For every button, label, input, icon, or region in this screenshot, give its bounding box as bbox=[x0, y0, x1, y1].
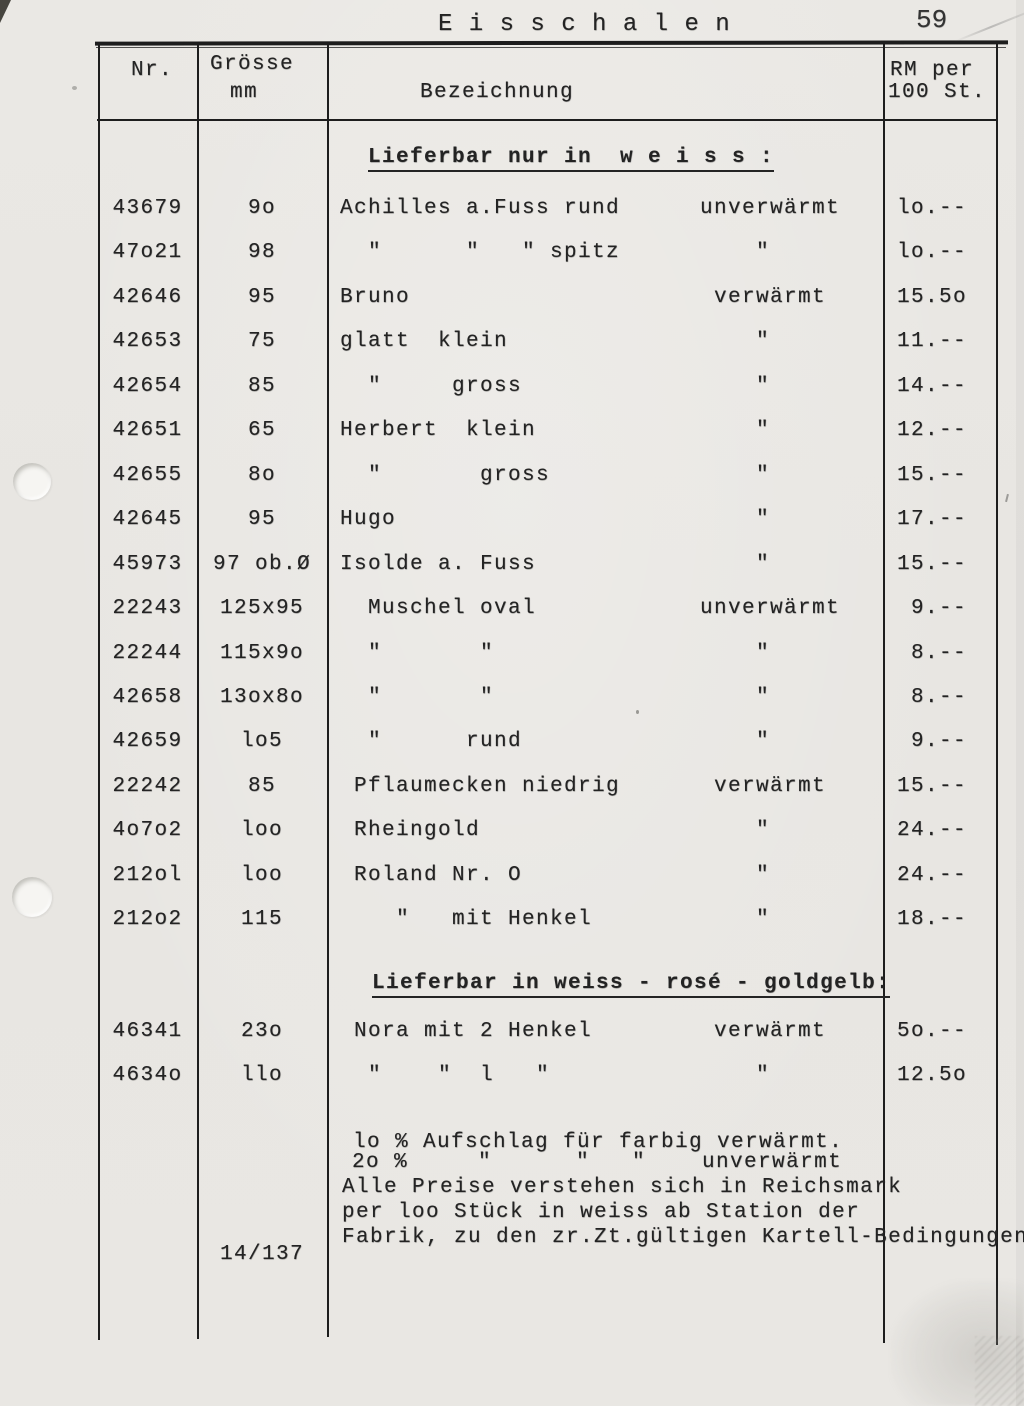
section-heading-white-rose-gold: Lieferbar in weiss - rosé - goldgelb: bbox=[372, 973, 890, 998]
price-cell: 11.-- bbox=[883, 331, 967, 352]
heat-cell: verwärmt bbox=[700, 287, 826, 308]
size-cell: 13ox8o bbox=[197, 687, 327, 708]
heat-cell: unverwärmt bbox=[700, 198, 840, 219]
column-header-size-unit: mm bbox=[230, 82, 258, 103]
table-row: 47o2198 " " " spitz "lo.-- bbox=[0, 242, 1024, 266]
heat-cell: " bbox=[700, 731, 770, 752]
table-row: 4264695Bruno verwärmt15.5o bbox=[0, 287, 1024, 311]
name-cell: Pflaumecken niedrig bbox=[340, 776, 620, 797]
size-cell: loo bbox=[197, 865, 327, 886]
table-row: 4264595Hugo "17.-- bbox=[0, 509, 1024, 533]
nr-cell: 22243 bbox=[98, 598, 197, 619]
heat-cell: " bbox=[700, 687, 770, 708]
page-title: E i s s c h a l e n bbox=[438, 13, 731, 37]
column-header-price-2: 100 St. bbox=[888, 82, 986, 103]
column-header-nr: Nr. bbox=[131, 60, 173, 81]
price-cell: 17.-- bbox=[883, 509, 967, 530]
nr-cell: 42659 bbox=[98, 731, 197, 752]
size-cell: 115 bbox=[197, 909, 327, 930]
document-page: E i s s c h a l e n 59 Nr. Grösse mm Bez… bbox=[0, 0, 1024, 1406]
size-cell: 75 bbox=[197, 331, 327, 352]
table-row: 22244115x9o " " "8.-- bbox=[0, 643, 1024, 667]
size-cell: 97 ob.Ø bbox=[197, 554, 327, 575]
size-cell: 23o bbox=[197, 1021, 327, 1042]
nr-cell: 212ol bbox=[98, 865, 197, 886]
price-cell: 24.-- bbox=[883, 820, 967, 841]
nr-cell: 4o7o2 bbox=[98, 820, 197, 841]
corner-mark bbox=[0, 0, 11, 23]
table-row: 212olloo Roland Nr. O "24.-- bbox=[0, 865, 1024, 889]
column-header-description: Bezeichnung bbox=[420, 82, 574, 103]
price-cell: 15.-- bbox=[883, 465, 967, 486]
size-cell: loo bbox=[197, 820, 327, 841]
heat-cell: " bbox=[700, 331, 770, 352]
note-line: per loo Stück in weiss ab Station der bbox=[342, 1202, 860, 1223]
size-cell: 65 bbox=[197, 420, 327, 441]
name-cell: Nora mit 2 Henkel bbox=[340, 1021, 592, 1042]
name-cell: " mit Henkel bbox=[340, 909, 592, 930]
nr-cell: 42658 bbox=[98, 687, 197, 708]
price-cell: 5o.-- bbox=[883, 1021, 967, 1042]
heat-cell: verwärmt bbox=[700, 1021, 826, 1042]
nr-cell: 212o2 bbox=[98, 909, 197, 930]
name-cell: Hugo bbox=[340, 509, 396, 530]
size-cell: 85 bbox=[197, 376, 327, 397]
table-row: 2224285 Pflaumecken niedrig verwärmt15.-… bbox=[0, 776, 1024, 800]
name-cell: " " bbox=[340, 687, 494, 708]
table-row: 4597397 ob.ØIsolde a. Fuss "15.-- bbox=[0, 554, 1024, 578]
nr-cell: 42655 bbox=[98, 465, 197, 486]
nr-cell: 22244 bbox=[98, 643, 197, 664]
size-cell: 125x95 bbox=[197, 598, 327, 619]
heat-cell: verwärmt bbox=[700, 776, 826, 797]
price-cell: 15.-- bbox=[883, 776, 967, 797]
price-cell: lo.-- bbox=[883, 242, 967, 263]
scan-edge-shadow bbox=[1016, 0, 1024, 1406]
heat-cell: " bbox=[700, 643, 770, 664]
name-cell: Herbert klein bbox=[340, 420, 536, 441]
price-cell: 9.-- bbox=[883, 598, 967, 619]
heat-cell: " bbox=[700, 376, 770, 397]
size-cell: 85 bbox=[197, 776, 327, 797]
size-cell: llo bbox=[197, 1065, 327, 1086]
nr-cell: 42654 bbox=[98, 376, 197, 397]
heat-cell: " bbox=[700, 465, 770, 486]
name-cell: Bruno bbox=[340, 287, 410, 308]
table-row: 4265165Herbert klein "12.-- bbox=[0, 420, 1024, 444]
heat-cell: " bbox=[700, 509, 770, 530]
name-cell: Muschel oval bbox=[340, 598, 536, 619]
nr-cell: 46341 bbox=[98, 1021, 197, 1042]
nr-cell: 42651 bbox=[98, 420, 197, 441]
punch-hole bbox=[12, 877, 52, 917]
nr-cell: 42645 bbox=[98, 509, 197, 530]
table-header-separator bbox=[97, 119, 998, 121]
heat-cell: " bbox=[700, 242, 770, 263]
heat-cell: " bbox=[700, 909, 770, 930]
table-row: 4634ollo " " l " "12.5o bbox=[0, 1065, 1024, 1089]
price-cell: 15.5o bbox=[883, 287, 967, 308]
crease-mark bbox=[954, 11, 1024, 42]
page-number: 59 bbox=[916, 7, 947, 33]
name-cell: glatt klein bbox=[340, 331, 508, 352]
paper-speck bbox=[72, 86, 77, 90]
paper-speck bbox=[1005, 494, 1009, 502]
punch-hole bbox=[13, 463, 51, 500]
price-cell: 14.-- bbox=[883, 376, 967, 397]
price-cell: lo.-- bbox=[883, 198, 967, 219]
heat-cell: " bbox=[700, 865, 770, 886]
nr-cell: 45973 bbox=[98, 554, 197, 575]
column-header-size: Grösse bbox=[210, 54, 294, 75]
name-cell: " gross bbox=[340, 465, 550, 486]
note-line: 2o % " " " unverwärmt bbox=[352, 1152, 842, 1173]
table-row: 42659lo5 " rund "9.-- bbox=[0, 731, 1024, 755]
price-cell: 8.-- bbox=[883, 687, 967, 708]
size-cell: 8o bbox=[197, 465, 327, 486]
name-cell: " gross bbox=[340, 376, 522, 397]
table-top-border-echo bbox=[96, 47, 1006, 48]
table-row: 212o2115 " mit Henkel "18.-- bbox=[0, 909, 1024, 933]
table-row: 4265485 " gross "14.-- bbox=[0, 376, 1024, 400]
name-cell: " " bbox=[340, 643, 494, 664]
name-cell: Isolde a. Fuss bbox=[340, 554, 536, 575]
name-cell: Roland Nr. O bbox=[340, 865, 522, 886]
heat-cell: " bbox=[700, 820, 770, 841]
name-cell: Achilles a.Fuss rund bbox=[340, 198, 620, 219]
table-top-border bbox=[95, 40, 1008, 45]
table-row: 4265375glatt klein "11.-- bbox=[0, 331, 1024, 355]
paper-speck bbox=[636, 710, 639, 714]
size-cell: 98 bbox=[197, 242, 327, 263]
size-cell: 115x9o bbox=[197, 643, 327, 664]
heat-cell: " bbox=[700, 554, 770, 575]
note-line: lo % Aufschlag für farbig verwärmt. bbox=[353, 1132, 843, 1153]
table-row: 4o7o2loo Rheingold "24.-- bbox=[0, 820, 1024, 844]
table-row: 4265813ox8o " " "8.-- bbox=[0, 687, 1024, 711]
footer-code: 14/137 bbox=[197, 1244, 327, 1265]
table-row: 4634123o Nora mit 2 Henkel verwärmt5o.-- bbox=[0, 1021, 1024, 1045]
price-cell: 15.-- bbox=[883, 554, 967, 575]
name-cell: Rheingold bbox=[340, 820, 480, 841]
section-heading-white-only: Lieferbar nur in w e i s s : bbox=[368, 147, 774, 172]
note-line: Fabrik, zu den zr.Zt.gültigen Kartell-Be… bbox=[342, 1227, 1024, 1248]
column-header-price-1: RM per bbox=[890, 60, 974, 81]
note-line: Alle Preise verstehen sich in Reichsmark bbox=[342, 1177, 902, 1198]
heat-cell: " bbox=[700, 420, 770, 441]
price-cell: 12.-- bbox=[883, 420, 967, 441]
size-cell: 95 bbox=[197, 287, 327, 308]
table-row: 22243125x95 Muschel ovalunverwärmt9.-- bbox=[0, 598, 1024, 622]
table-row: 426558o " gross "15.-- bbox=[0, 465, 1024, 489]
nr-cell: 47o21 bbox=[98, 242, 197, 263]
heat-cell: " bbox=[700, 1065, 770, 1086]
nr-cell: 43679 bbox=[98, 198, 197, 219]
price-cell: 24.-- bbox=[883, 865, 967, 886]
price-cell: 8.-- bbox=[883, 643, 967, 664]
nr-cell: 42653 bbox=[98, 331, 197, 352]
price-cell: 9.-- bbox=[883, 731, 967, 752]
name-cell: " " l " bbox=[340, 1065, 550, 1086]
size-cell: 9o bbox=[197, 198, 327, 219]
heat-cell: unverwärmt bbox=[700, 598, 840, 619]
name-cell: " " " spitz bbox=[340, 242, 620, 263]
nr-cell: 4634o bbox=[98, 1065, 197, 1086]
nr-cell: 22242 bbox=[98, 776, 197, 797]
nr-cell: 42646 bbox=[98, 287, 197, 308]
price-cell: 18.-- bbox=[883, 909, 967, 930]
size-cell: 95 bbox=[197, 509, 327, 530]
name-cell: " rund bbox=[340, 731, 522, 752]
table-row: 436799oAchilles a.Fuss rundunverwärmtlo.… bbox=[0, 198, 1024, 222]
price-cell: 12.5o bbox=[883, 1065, 967, 1086]
size-cell: lo5 bbox=[197, 731, 327, 752]
